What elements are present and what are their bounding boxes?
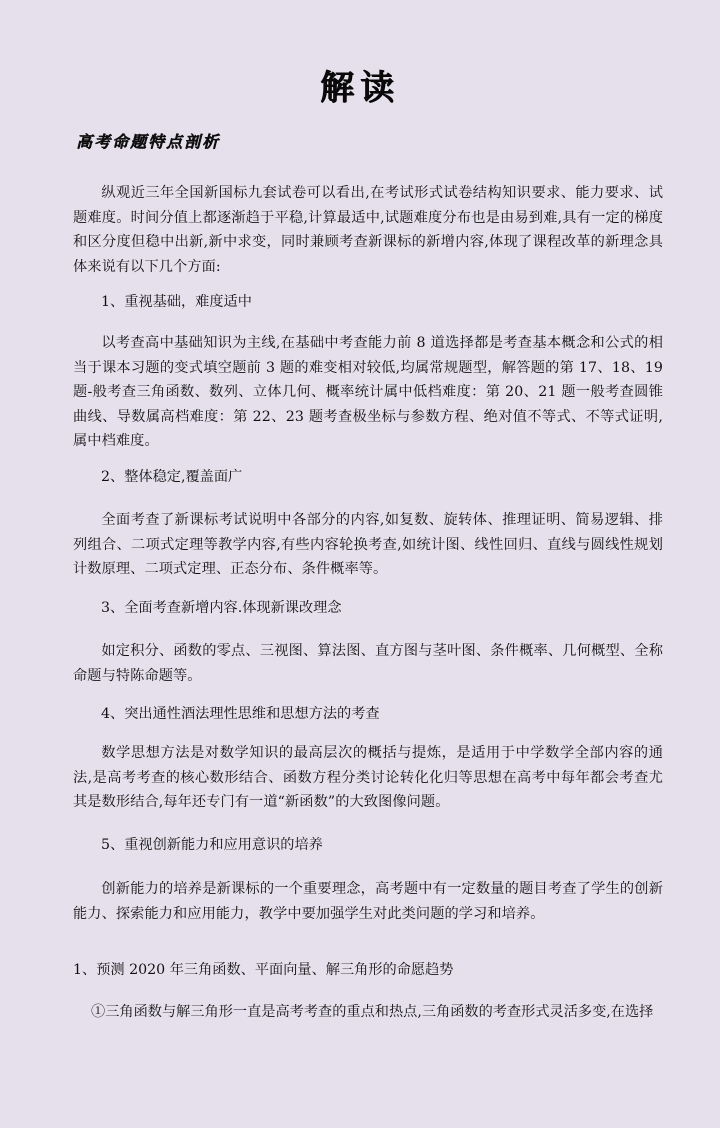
point-5-heading: 5、重视创新能力和应用意识的培养 [101,833,323,857]
point-4-heading: 4、突出通性酒法理性思维和思想方法的考查 [101,702,380,726]
point-1-body: 以考查高中基础知识为主线,在基础中考查能力前 8 道选择都是考查基本概念和公式的… [73,331,663,454]
document-title: 解读 [0,60,720,109]
point-3-body: 如定积分、函数的零点、三视图、算法图、直方图与茎叶图、条件概率、几何概型、全称命… [73,639,663,688]
point-3-heading: 3、全面考查新增内容.体现新课改理念 [101,596,342,620]
point-2-body: 全面考查了新课标考试说明中各部分的内容,如复数、旋转体、推理证明、简易逻辑、排列… [73,508,663,582]
prediction-body: ①三角函数与解三角形一直是高考考查的重点和热点,三角函数的考查形式灵活多变,在选… [91,1000,691,1024]
prediction-heading: 1、预测 2020 年三角函数、平面向量、解三角形的命愿趋势 [73,958,453,982]
point-4-body: 数学思想方法是对数学知识的最高层次的概括与提炼，是适用于中学数学全部内容的通法,… [73,741,663,815]
intro-paragraph: 纵观近三年全国新国标九套试卷可以看出,在考试形式试卷结构知识要求、能力要求、试题… [73,181,663,279]
point-2-heading: 2、整体稳定,覆盖面广 [101,465,242,489]
document-page: 解读 高考命题特点剖析 纵观近三年全国新国标九套试卷可以看出,在考试形式试卷结构… [0,0,720,1128]
point-1-heading: 1、重视基础，难度适中 [101,290,252,314]
section-heading: 高考命题特点剖析 [76,129,220,152]
point-5-body: 创新能力的培养是新课标的一个重要理念，高考题中有一定数量的题目考查了学生的创新能… [73,877,663,926]
